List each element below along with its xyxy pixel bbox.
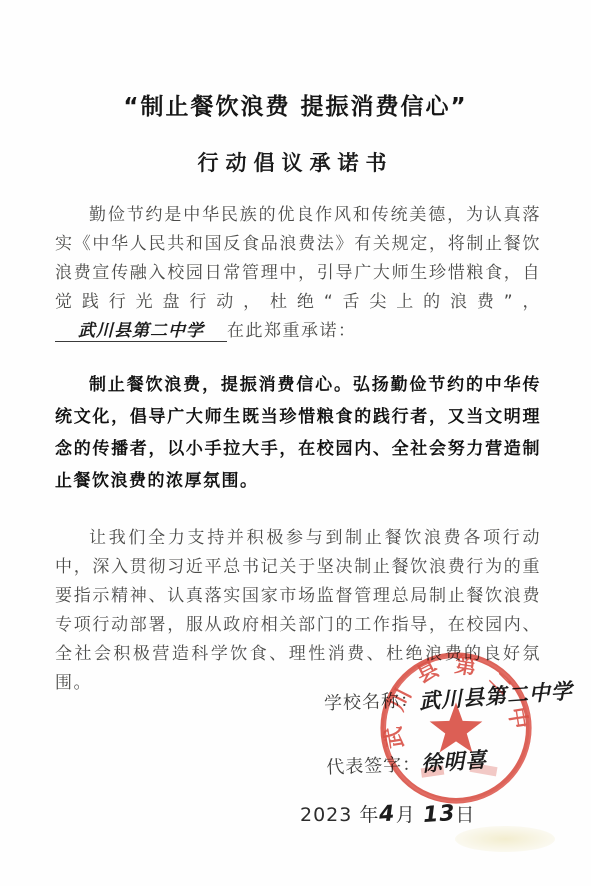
date-month-suffix: 月 xyxy=(396,804,416,826)
date-year-suffix: 年 xyxy=(359,804,379,826)
date-day-suffix: 日 xyxy=(455,804,475,826)
paragraph-intro-tail: 在此郑重承诺： xyxy=(227,321,357,341)
document-page: “制止餐饮浪费 提振消费信心” 行动倡议承诺书 勤俭节约是中华民族的优良作风和传… xyxy=(0,0,591,886)
handwritten-representative-signature: 徐明喜 xyxy=(420,744,488,779)
date-year: 2023 xyxy=(300,804,352,826)
paragraph-intro: 勤俭节约是中华民族的优良作风和传统美德，为认真落实《中华人民共和国反食品浪费法》… xyxy=(55,201,541,346)
handwritten-school-name: 武川县第二中学 xyxy=(78,321,204,341)
paragraph-intro-text: 勤俭节约是中华民族的优良作风和传统美德，为认真落实《中华人民共和国反食品浪费法》… xyxy=(55,205,541,312)
school-name-label: 学校名称： xyxy=(324,690,420,714)
document-body: 勤俭节约是中华民族的优良作风和传统美德，为认真落实《中华人民共和国反食品浪费法》… xyxy=(55,201,541,698)
paragraph-pledge: 制止餐饮浪费，提振消费信心。弘扬勤俭节约的中华传统文化，倡导广大师生既当珍惜粮食… xyxy=(55,369,541,497)
paragraph-action: 让我们全力支持并积极参与到制止餐饮浪费各项行动中，深入贯彻习近平总书记关于坚决制… xyxy=(55,524,541,698)
representative-line: 代表签字：徐明喜 xyxy=(326,742,576,781)
document-subtitle: 行动倡议承诺书 xyxy=(0,147,591,177)
school-name-blank: 武川县第二中学 xyxy=(55,321,227,342)
spacer xyxy=(55,497,541,524)
date-line: 2023 年4月 13日 xyxy=(300,800,475,827)
paper-stain xyxy=(455,826,555,852)
representative-label: 代表签字： xyxy=(326,754,422,778)
handwritten-month: 4 xyxy=(379,801,397,827)
handwritten-day: 13 xyxy=(422,801,456,828)
signature-block: 学校名称：武川县第二中学 代表签字：徐明喜 xyxy=(323,678,575,781)
document-title: “制止餐饮浪费 提振消费信心” xyxy=(0,88,591,121)
spacer xyxy=(55,346,541,369)
